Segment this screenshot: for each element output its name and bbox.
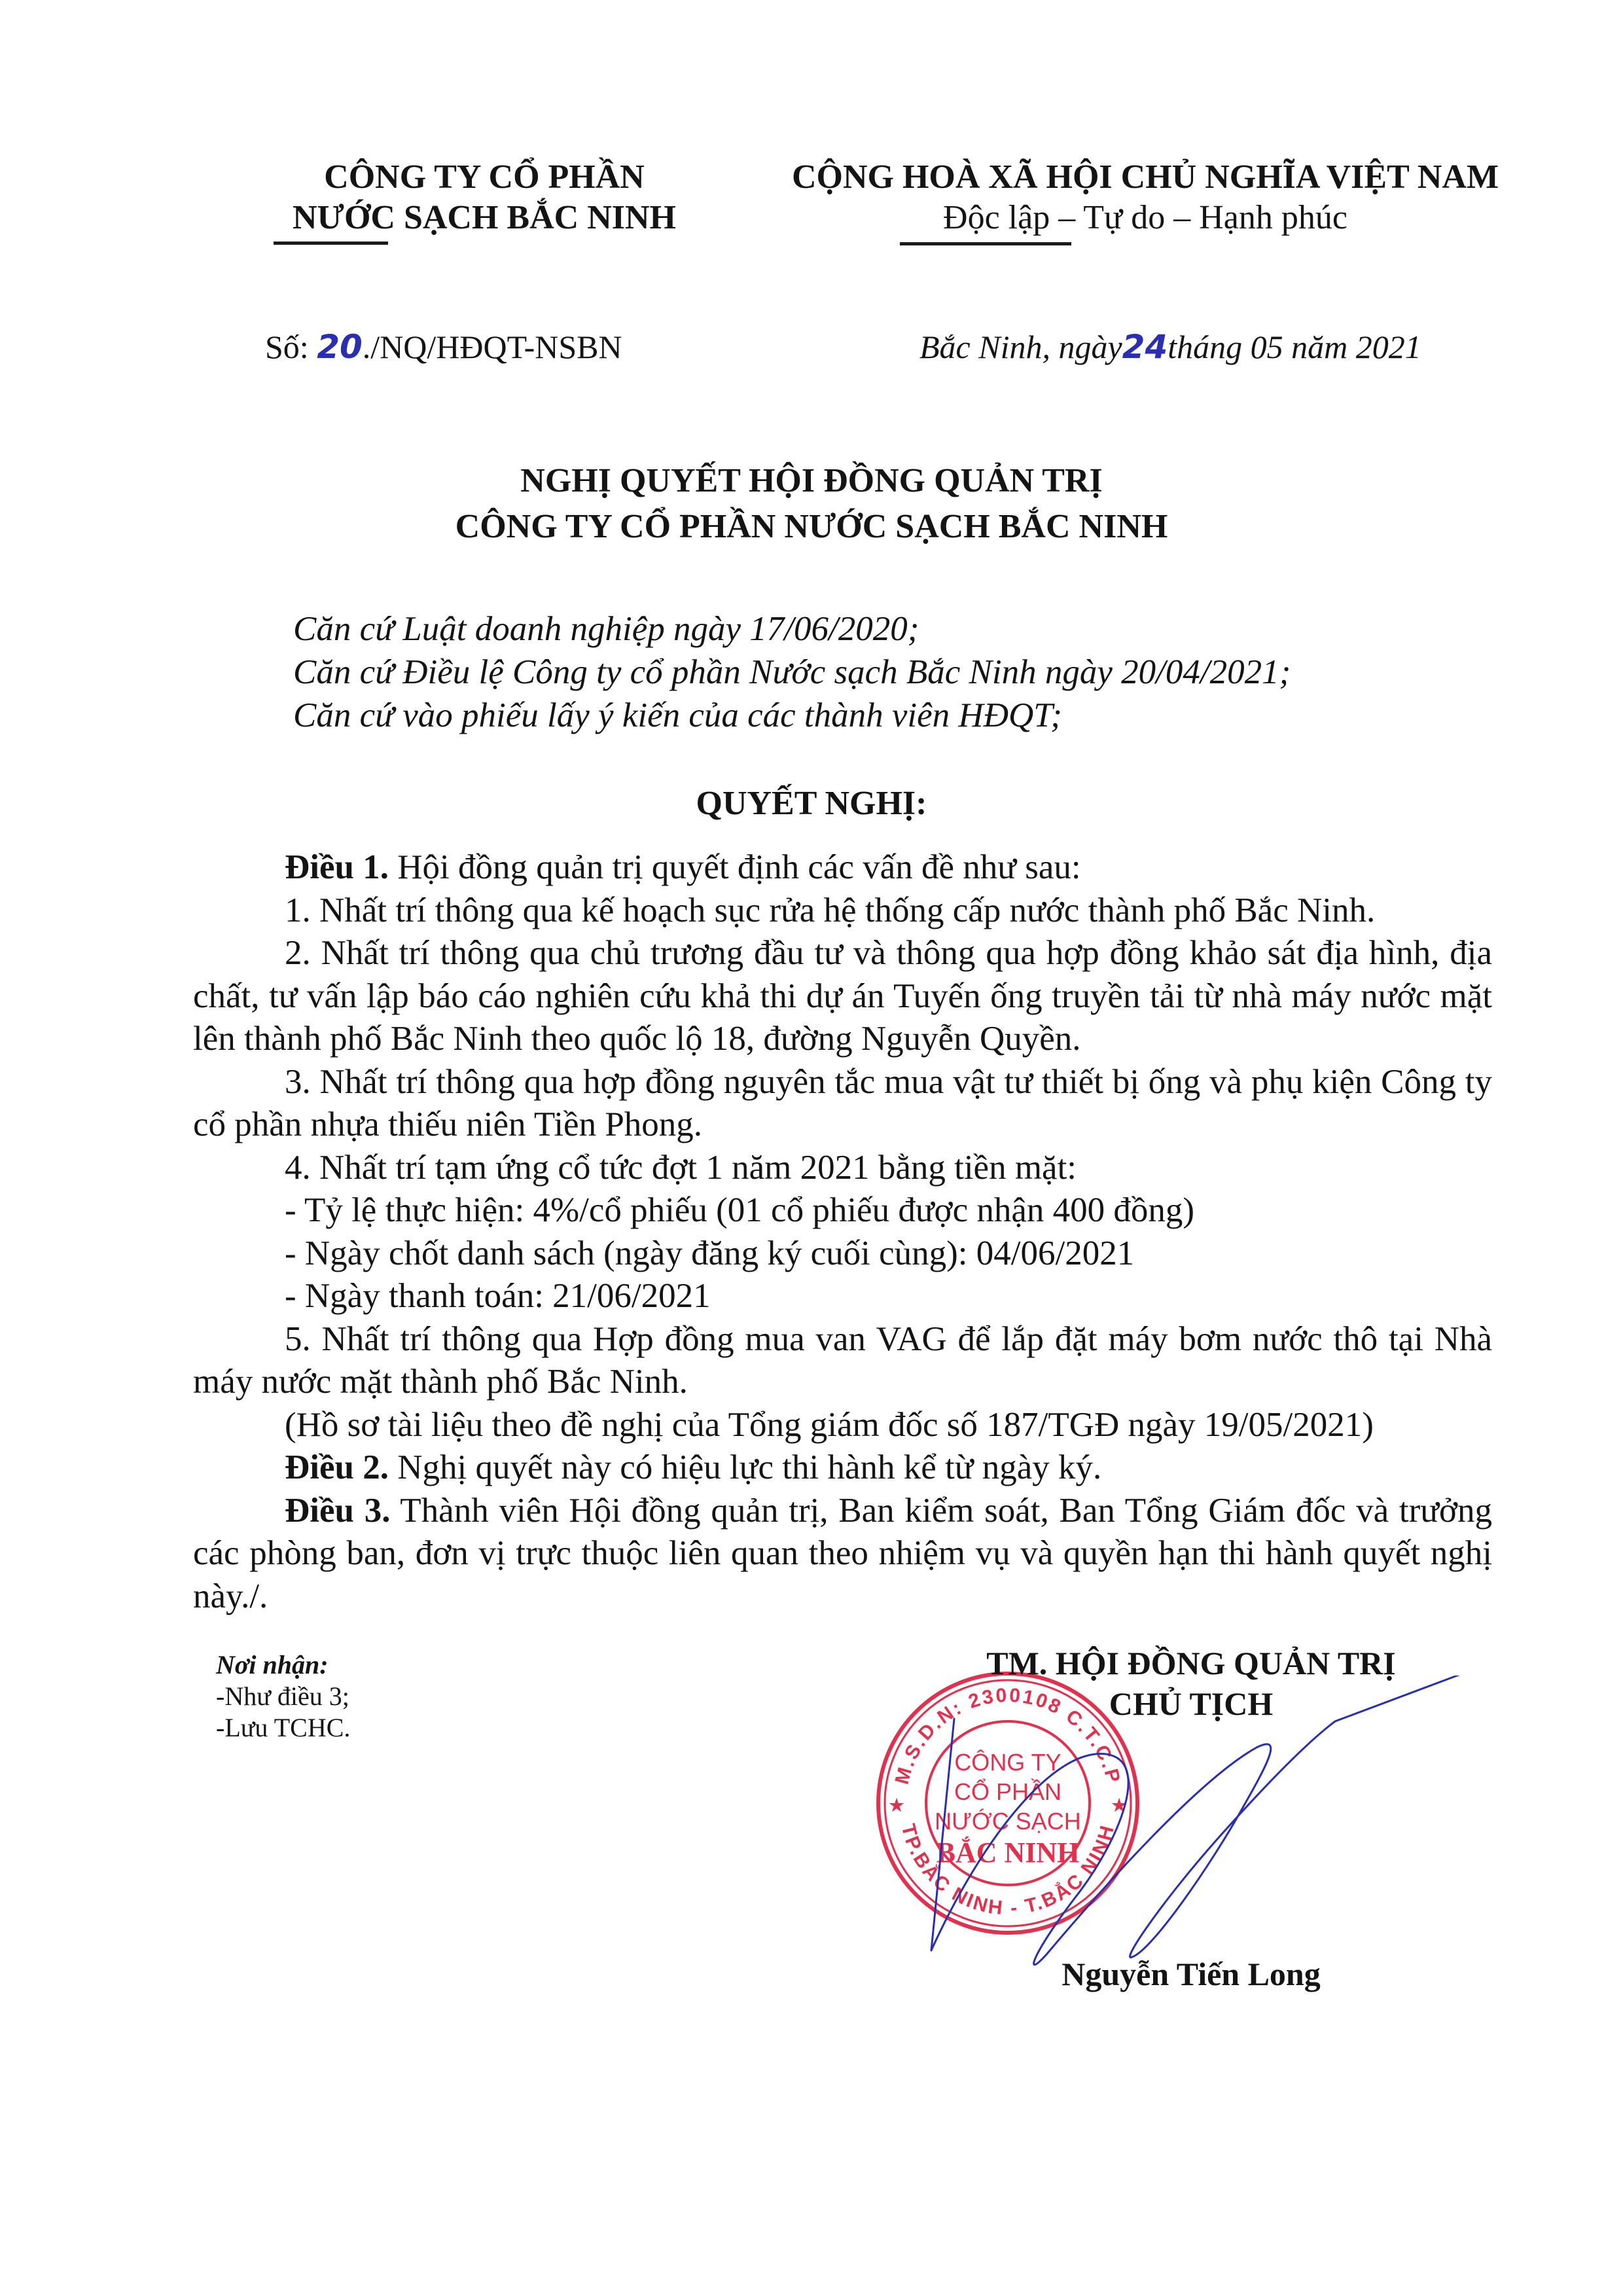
- legal-basis-2: Căn cứ Điều lệ Công ty cổ phần Nước sạch…: [293, 651, 1291, 694]
- legal-basis-3: Căn cứ vào phiếu lấy ý kiến của các thàn…: [293, 694, 1291, 737]
- star-icon: ★: [889, 1795, 904, 1815]
- article-1: Điều 1. Hội đồng quản trị quyết định các…: [193, 846, 1492, 889]
- article-3: Điều 3. Thành viên Hội đồng quản trị, Ba…: [193, 1490, 1492, 1619]
- article-3-label: Điều 3.: [285, 1492, 391, 1530]
- record-date: - Ngày chốt danh sách (ngày đăng ký cuối…: [193, 1232, 1492, 1276]
- dividend-rate: - Tỷ lệ thực hiện: 4%/cổ phiếu (01 cổ ph…: [193, 1189, 1492, 1232]
- article-1-item-5: 5. Nhất trí thông qua Hợp đồng mua van V…: [193, 1318, 1492, 1404]
- document-reference: (Hồ sơ tài liệu theo đề nghị của Tổng gi…: [193, 1404, 1492, 1447]
- company-name-line2: NƯỚC SẠCH BẮC NINH: [216, 198, 753, 238]
- article-1-item-2: 2. Nhất trí thông qua chủ trương đầu tư …: [193, 932, 1492, 1061]
- company-name-line1: CÔNG TY CỔ PHẦN: [216, 157, 753, 198]
- signer-name: Nguyễn Tiến Long: [883, 1954, 1499, 1994]
- date-line: Bắc Ninh, ngày24tháng 05 năm 2021: [919, 327, 1421, 367]
- article-1-item-1: 1. Nhất trí thông qua kế hoạch sục rửa h…: [193, 889, 1492, 933]
- document-title-line2: CÔNG TY CỔ PHẦN NƯỚC SẠCH BẮC NINH: [0, 504, 1623, 550]
- article-1-item-4: 4. Nhất trí tạm ứng cổ tức đợt 1 năm 202…: [193, 1147, 1492, 1190]
- article-2: Điều 2. Nghị quyết này có hiệu lực thi h…: [193, 1446, 1492, 1490]
- document-title-line1: NGHỊ QUYẾT HỘI ĐỒNG QUẢN TRỊ: [0, 458, 1623, 504]
- company-name-block: CÔNG TY CỔ PHẦN NƯỚC SẠCH BẮC NINH: [216, 157, 753, 238]
- motto-underline: [900, 242, 1071, 245]
- national-motto: Độc lập – Tự do – Hạnh phúc: [766, 198, 1525, 238]
- document-title: NGHỊ QUYẾT HỘI ĐỒNG QUẢN TRỊ CÔNG TY CỔ …: [0, 458, 1623, 550]
- handwritten-number: 20: [317, 328, 363, 366]
- national-motto-block: CỘNG HOÀ XÃ HỘI CHỦ NGHĨA VIỆT NAM Độc l…: [766, 157, 1525, 238]
- payment-date: - Ngày thanh toán: 21/06/2021: [193, 1275, 1492, 1318]
- document-number: Số: 20./NQ/HĐQT-NSBN: [265, 327, 622, 367]
- article-1-label: Điều 1.: [285, 848, 389, 886]
- recipient-item: -Lưu TCHC.: [216, 1712, 350, 1744]
- recipients-label: Nơi nhận:: [216, 1649, 350, 1681]
- national-name: CỘNG HOÀ XÃ HỘI CHỦ NGHĨA VIỆT NAM: [766, 157, 1525, 198]
- legal-bases: Căn cứ Luật doanh nghiệp ngày 17/06/2020…: [293, 607, 1291, 737]
- resolution-heading: QUYẾT NGHỊ:: [0, 782, 1623, 825]
- resolution-body: Điều 1. Hội đồng quản trị quyết định các…: [193, 846, 1492, 1618]
- article-2-label: Điều 2.: [285, 1448, 389, 1486]
- article-1-item-3: 3. Nhất trí thông qua hợp đồng nguyên tắ…: [193, 1061, 1492, 1147]
- recipients: Nơi nhận: -Như điều 3; -Lưu TCHC.: [216, 1649, 350, 1744]
- company-name-underline: [274, 242, 388, 245]
- legal-basis-1: Căn cứ Luật doanh nghiệp ngày 17/06/2020…: [293, 607, 1291, 651]
- handwritten-day: 24: [1122, 328, 1168, 366]
- recipient-item: -Như điều 3;: [216, 1681, 350, 1712]
